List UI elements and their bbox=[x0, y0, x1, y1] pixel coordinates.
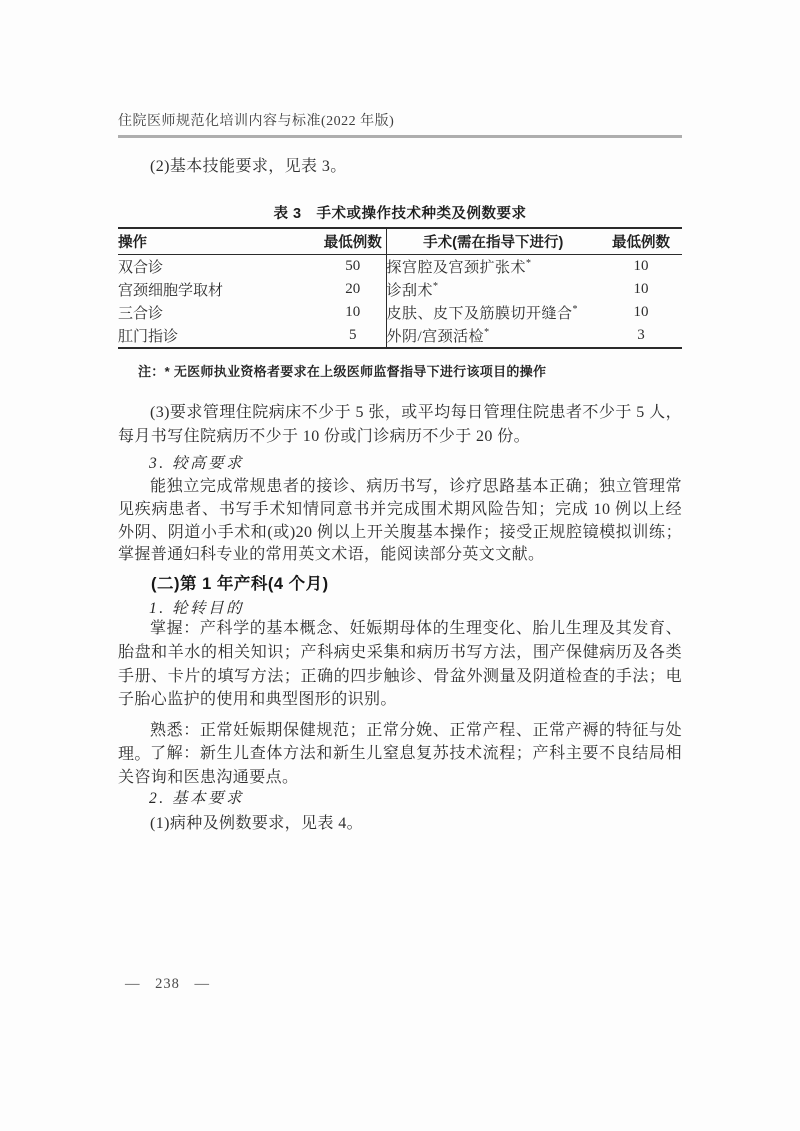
min-cases-cell: 10 bbox=[600, 278, 682, 301]
min-cases-cell: 10 bbox=[600, 255, 682, 279]
running-header: 住院医师规范化培训内容与标准(2022 年版) bbox=[118, 112, 682, 138]
col-header-operation: 操作 bbox=[118, 228, 320, 255]
para-bed-requirements: (3)要求管理住院病床不少于 5 张，或平均每日管理住院患者不少于 5 人，每月… bbox=[118, 401, 682, 448]
page-number: — 238 — bbox=[125, 976, 210, 993]
surgery-cell: 探宫腔及宫颈扩张术* bbox=[386, 255, 600, 279]
operation-cell: 三合诊 bbox=[118, 301, 320, 324]
table3-header-row: 操作 最低例数 手术(需在指导下进行) 最低例数 bbox=[118, 228, 682, 255]
table3: 操作 最低例数 手术(需在指导下进行) 最低例数 双合诊 50 探宫腔及宫颈扩张… bbox=[118, 227, 682, 349]
col-header-min-cases-right: 最低例数 bbox=[600, 228, 682, 255]
min-cases-cell: 10 bbox=[600, 301, 682, 324]
supervision-asterisk: * bbox=[433, 281, 439, 292]
para-grasp: 掌握：产科学的基本概念、妊娠期母体的生理变化、胎儿生理及其发育、胎盘和羊水的相关… bbox=[118, 617, 682, 712]
surgery-cell: 诊刮术* bbox=[386, 278, 600, 301]
surgery-cell: 皮肤、皮下及筋膜切开缝合* bbox=[386, 301, 600, 324]
supervision-asterisk: * bbox=[573, 304, 579, 315]
col-header-surgery: 手术(需在指导下进行) bbox=[386, 228, 600, 255]
table-row: 双合诊 50 探宫腔及宫颈扩张术* 10 bbox=[118, 255, 682, 279]
supervision-asterisk: * bbox=[484, 327, 490, 338]
header-rule bbox=[118, 135, 682, 138]
operation-cell: 肛门指诊 bbox=[118, 324, 320, 348]
para-disease-requirements: (1)病种及例数要求，见表 4。 bbox=[118, 812, 682, 836]
operation-cell: 宫颈细胞学取材 bbox=[118, 278, 320, 301]
heading-advanced-requirements: 3. 较高要求 bbox=[118, 452, 682, 476]
min-cases-cell: 5 bbox=[320, 324, 386, 348]
document-page: 住院医师规范化培训内容与标准(2022 年版) (2)基本技能要求，见表 3。 … bbox=[0, 0, 800, 1131]
min-cases-cell: 20 bbox=[320, 278, 386, 301]
section-heading-obstetrics: (二)第 1 年产科(4 个月) bbox=[118, 573, 682, 597]
heading-basic-requirements: 2. 基本要求 bbox=[118, 787, 682, 811]
para-understand: 了解：新生儿查体方法和新生儿窒息复苏技术流程；产科主要不良结局相关咨询和医患沟通… bbox=[118, 742, 682, 789]
running-header-title: 住院医师规范化培训内容与标准(2022 年版) bbox=[118, 112, 682, 132]
table-row: 三合诊 10 皮肤、皮下及筋膜切开缝合* 10 bbox=[118, 301, 682, 324]
min-cases-cell: 50 bbox=[320, 255, 386, 279]
table-row: 肛门指诊 5 外阴/宫颈活检* 3 bbox=[118, 324, 682, 348]
min-cases-cell: 3 bbox=[600, 324, 682, 348]
para-basic-skills: (2)基本技能要求，见表 3。 bbox=[118, 155, 682, 179]
table-row: 宫颈细胞学取材 20 诊刮术* 10 bbox=[118, 278, 682, 301]
supervision-asterisk: * bbox=[526, 258, 532, 269]
table3-note: 注：* 无医师执业资格者要求在上级医师监督指导下进行该项目的操作 bbox=[118, 360, 702, 384]
para-advanced-requirements: 能独立完成常规患者的接诊、病历书写，诊疗思路基本正确；独立管理常见疾病患者、书写… bbox=[118, 476, 682, 567]
table3-caption: 表 3 手术或操作技术种类及例数要求 bbox=[118, 203, 682, 227]
surgery-cell: 外阴/宫颈活检* bbox=[386, 324, 600, 348]
col-header-min-cases-left: 最低例数 bbox=[320, 228, 386, 255]
min-cases-cell: 10 bbox=[320, 301, 386, 324]
operation-cell: 双合诊 bbox=[118, 255, 320, 279]
